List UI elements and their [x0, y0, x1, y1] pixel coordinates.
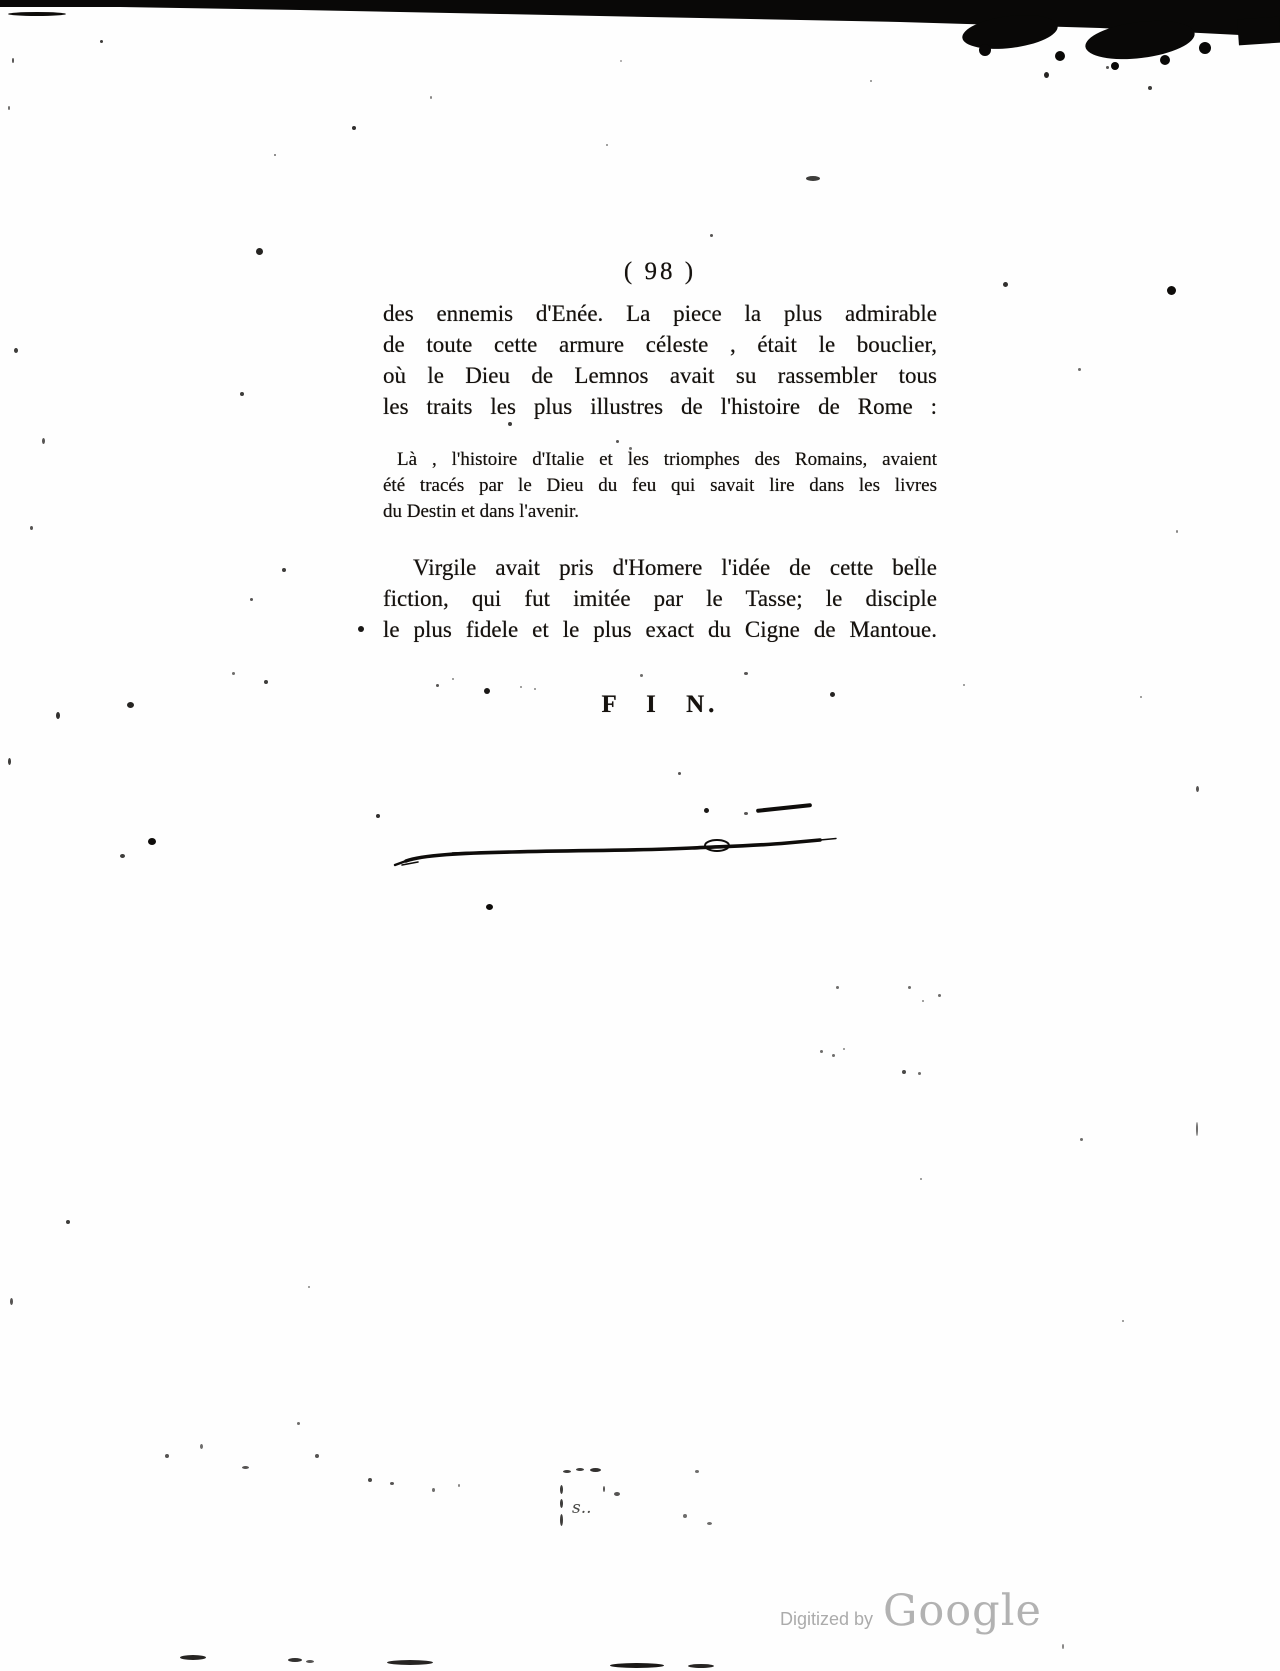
scan-speck: [458, 1484, 460, 1487]
scan-speck: [1106, 66, 1109, 69]
scan-speck: [1062, 1644, 1064, 1649]
scan-speck: [8, 12, 66, 16]
scan-speck: [12, 58, 14, 63]
scan-speck: [560, 1499, 563, 1508]
scan-speck: [1148, 86, 1152, 90]
scan-speck: [240, 392, 244, 396]
scan-speck: [282, 568, 286, 572]
google-logo: Google: [883, 1586, 1042, 1636]
pen-dash-artifact: [756, 803, 812, 813]
scan-speck: [8, 758, 11, 765]
page-number: ( 98 ): [383, 258, 937, 286]
scan-speck: [14, 348, 18, 353]
scan-speck: [704, 808, 709, 813]
scan-speck: [250, 598, 253, 601]
scan-speck: [920, 1178, 922, 1180]
scan-speck: [436, 684, 439, 687]
watermark-prefix: Digitized by: [780, 1609, 873, 1630]
scan-speck: [100, 40, 103, 43]
scan-speck: [387, 1660, 433, 1665]
scan-speck: [376, 814, 380, 818]
scan-speck: [806, 176, 820, 181]
scan-speck: [560, 1514, 563, 1526]
scan-speck: [614, 1492, 620, 1496]
scan-speck: [918, 1072, 921, 1075]
scan-speck: [836, 986, 839, 989]
scan-speck: [563, 1470, 571, 1473]
scan-speck: [306, 1660, 314, 1663]
scan-speck: [870, 80, 872, 82]
scan-speck: [830, 692, 835, 697]
top-ink-band-artifact: [0, 0, 1280, 110]
paragraph-line: les traits les plus illustres de l'histo…: [383, 391, 937, 422]
paragraph-line: des ennemis d'Enée. La piece la plus adm…: [383, 298, 937, 329]
scan-speck: [232, 672, 235, 675]
watermark: Digitized by Google: [780, 1586, 1042, 1636]
scan-speck: [165, 1454, 169, 1458]
scan-speck: [430, 96, 432, 99]
scan-speck: [432, 1488, 435, 1492]
paragraph-line: Virgile avait pris d'Homere l'idée de ce…: [383, 552, 937, 583]
scan-speck: [66, 1220, 70, 1224]
scan-speck: [148, 838, 156, 845]
paragraph-1: des ennemis d'Enée. La piece la plus adm…: [383, 298, 937, 422]
scan-speck: [200, 1444, 203, 1449]
scan-speck: [452, 678, 454, 680]
paragraph-line: fiction, qui fut imitée par le Tasse; le…: [383, 583, 937, 614]
paragraph-line: où le Dieu de Lemnos avait su rassembler…: [383, 360, 937, 391]
scan-speck: [820, 1050, 823, 1053]
scan-speck: [1078, 368, 1081, 371]
scan-speck: [358, 626, 364, 632]
scan-speck: [1044, 72, 1049, 78]
scan-speck: [368, 1478, 372, 1482]
scan-speck: [590, 1468, 601, 1472]
scan-speck: [938, 994, 941, 997]
scan-speck: [127, 702, 134, 708]
fin-label: F I N.: [383, 691, 937, 719]
quote-line: été tracés par le Dieu du feu qui savait…: [383, 473, 937, 499]
scan-speck: [1080, 1138, 1083, 1141]
scan-speck: [695, 1470, 699, 1473]
scan-speck: [610, 1663, 664, 1668]
scan-speck: [1196, 786, 1199, 792]
scan-speck: [560, 1485, 563, 1494]
scan-speck: [315, 1454, 319, 1458]
hand-drawn-rule: [392, 832, 844, 870]
scan-speck: [297, 1422, 300, 1425]
paragraph-line: de toute cette armure céleste , était le…: [383, 329, 937, 360]
scan-speck: [486, 904, 493, 910]
scan-speck: [683, 1514, 687, 1518]
scan-speck: [534, 688, 536, 690]
scan-speck: [42, 438, 45, 444]
block-quote: Là , l'histoire d'Italie et les triomphe…: [383, 447, 937, 525]
scan-speck: [629, 447, 632, 450]
scan-speck: [390, 1482, 394, 1485]
scan-speck: [30, 526, 33, 530]
scan-speck: [918, 556, 920, 558]
quote-line: Là , l'histoire d'Italie et les triomphe…: [383, 447, 937, 473]
scan-speck: [1122, 1320, 1124, 1322]
scan-speck: [288, 1658, 302, 1662]
scan-speck: [843, 1048, 845, 1050]
paragraph-line: le plus fidele et le plus exact du Cigne…: [383, 614, 937, 645]
text-block: ( 98 ) des ennemis d'Enée. La piece la p…: [383, 258, 937, 719]
pencil-scribble: s..: [572, 1498, 592, 1518]
scan-speck: [678, 772, 681, 775]
scan-speck: [352, 126, 356, 130]
scan-speck: [902, 1070, 906, 1074]
scanned-book-page: ( 98 ) des ennemis d'Enée. La piece la p…: [0, 0, 1280, 1671]
scan-speck: [1196, 1122, 1198, 1136]
scan-speck: [616, 440, 619, 443]
quote-line: du Destin et dans l'avenir.: [383, 499, 937, 525]
scan-speck: [922, 1000, 924, 1002]
scan-speck: [508, 422, 512, 426]
scan-speck: [1140, 696, 1142, 698]
scan-speck: [520, 686, 522, 688]
scan-speck: [1167, 286, 1176, 295]
scan-speck: [1176, 530, 1178, 533]
scan-speck: [10, 1298, 13, 1305]
scan-speck: [603, 1486, 605, 1492]
scan-speck: [120, 854, 125, 858]
scan-speck: [1003, 282, 1008, 287]
scan-speck: [620, 60, 622, 62]
scan-speck: [56, 712, 60, 719]
scan-speck: [832, 1054, 835, 1057]
scan-speck: [640, 674, 643, 677]
scan-speck: [606, 144, 608, 146]
scan-speck: [710, 234, 713, 237]
scan-speck: [908, 986, 911, 989]
scan-speck: [576, 1468, 584, 1471]
scan-speck: [274, 154, 276, 156]
scan-speck: [688, 1664, 714, 1668]
paragraph-2: Virgile avait pris d'Homere l'idée de ce…: [383, 552, 937, 645]
scan-speck: [8, 106, 10, 110]
scan-speck: [744, 672, 748, 675]
scan-speck: [308, 1286, 310, 1288]
scan-speck: [744, 812, 748, 815]
scan-speck: [242, 1466, 249, 1469]
scan-speck: [256, 248, 263, 255]
scan-speck: [707, 1522, 712, 1525]
scan-speck: [180, 1655, 206, 1660]
scan-speck: [963, 684, 965, 686]
scan-speck: [264, 680, 268, 684]
scan-speck: [484, 688, 490, 694]
